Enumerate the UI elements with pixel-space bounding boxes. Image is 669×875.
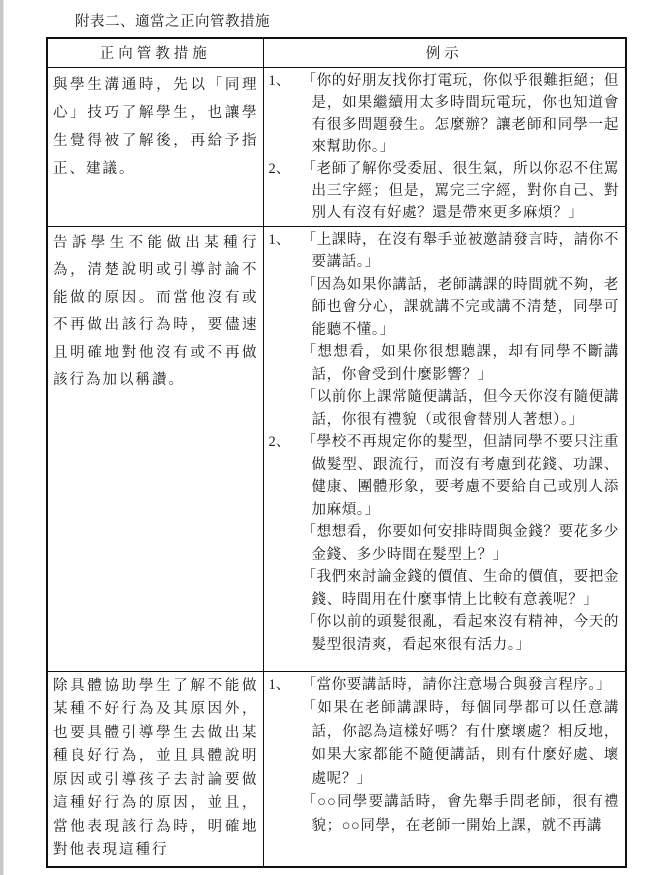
measure-text: 除具體協助學生了解不能做某種不好行為及其原因外，也要具體引導學生去做出某種良好行… (53, 675, 259, 863)
header-row: 正向管教措施 例示 (47, 38, 626, 67)
examples-cell: 1、 「你的好朋友找你打電玩，你似乎很難拒絕；但是，如果繼續用太多時間玩電玩，你… (263, 67, 626, 226)
page-title: 附表二、適當之正向管教措施 (75, 13, 270, 32)
example-quote: 「如果在老師講課時，每個同學都可以任意講話，你認為這樣好嗎？有什麼壞處？相反地，… (302, 697, 620, 791)
discipline-table: 正向管教措施 例示 與學生溝通時，先以「同理心」技巧了解學生，也讓學生覺得被了解… (46, 37, 627, 868)
example-item: 2、 「學校不再規定你的髮型，但請同學不要只注重做髮型、跟流行，而沒有考慮到花錢… (268, 431, 620, 656)
example-quote: 「當你要講話時，請你注意場合與發言程序。」 (302, 674, 620, 698)
example-number: 2、 (269, 158, 291, 180)
example-quote: 「以前你上課常隨便講話，但今天你沒有隨便講話，你很有禮貌（或很會替別人著想）。」 (302, 386, 620, 431)
table-row: 與學生溝通時，先以「同理心」技巧了解學生，也讓學生覺得被了解後，再給予指正、建議… (47, 67, 626, 226)
example-number: 1、 (269, 70, 291, 92)
example-quote: 「○○同學要講話時，會先舉手問老師，很有禮貌；○○同學，在老師一開始上課，就不再… (302, 791, 620, 838)
example-number: 1、 (269, 229, 291, 252)
examples-cell: 1、 「當你要講話時，請你注意場合與發言程序。」 「如果在老師講課時，每個同學都… (263, 671, 626, 867)
header-examples: 例示 (263, 38, 626, 67)
examples-cell: 1、 「上課時，在沒有舉手並被邀請發言時，請你不要講話。」 「因為如果你講話，老… (263, 226, 626, 671)
measure-text: 告訴學生不能做出某種行為，清楚說明或引導討論不能做的原因。而當他沒有或不再做出該… (53, 230, 259, 395)
measure-cell: 與學生溝通時，先以「同理心」技巧了解學生，也讓學生覺得被了解後，再給予指正、建議… (47, 67, 263, 226)
example-quote: 「你以前的頭髮很亂，看起來沒有精神，今天的髮型很清爽，看起來很有活力。」 (302, 611, 620, 656)
example-item: 1、 「當你要講話時，請你注意場合與發言程序。」 「如果在老師講課時，每個同學都… (268, 674, 620, 839)
table-row: 告訴學生不能做出某種行為，清楚說明或引導討論不能做的原因。而當他沒有或不再做出該… (47, 226, 626, 671)
example-quote: 「你的好朋友找你打電玩，你似乎很難拒絕；但是，如果繼續用太多時間玩電玩，你也知道… (302, 70, 620, 158)
example-number: 1、 (269, 674, 291, 698)
measure-text: 與學生溝通時，先以「同理心」技巧了解學生，也讓學生覺得被了解後，再給予指正、建議… (53, 71, 259, 183)
example-item: 2、 「老師了解你受委屈、很生氣，所以你忍不住罵出三字經；但是，罵完三字經，對你… (268, 158, 620, 224)
example-quote: 「想想看，如果你很想聽課，却有同學不斷講話，你會受到什麼影響？」 (302, 341, 620, 386)
document-page: 附表二、適當之正向管教措施 正向管教措施 例示 與學生溝通時，先以「同理心」技巧… (0, 0, 669, 875)
table-row: 除具體協助學生了解不能做某種不好行為及其原因外，也要具體引導學生去做出某種良好行… (47, 671, 626, 867)
example-quote: 「老師了解你受委屈、很生氣，所以你忍不住罵出三字經；但是，罵完三字經，對你自己、… (302, 158, 620, 224)
example-number: 2、 (269, 431, 291, 454)
measure-cell: 告訴學生不能做出某種行為，清楚說明或引導討論不能做的原因。而當他沒有或不再做出該… (47, 226, 263, 671)
example-quote: 「我們來討論金錢的價值、生命的價值，要把金錢、時間用在什麼事情上比較有意義呢？」 (302, 566, 620, 611)
example-item: 1、 「你的好朋友找你打電玩，你似乎很難拒絕；但是，如果繼續用太多時間玩電玩，你… (268, 70, 620, 158)
example-quote: 「上課時，在沒有舉手並被邀請發言時，請你不要講話。」 (302, 229, 620, 274)
measure-cell: 除具體協助學生了解不能做某種不好行為及其原因外，也要具體引導學生去做出某種良好行… (47, 671, 263, 867)
example-quote: 「因為如果你講話，老師講課的時間就不夠，老師也會分心，課就講不完或講不清楚，同學… (302, 274, 620, 342)
example-quote: 「想想看，你要如何安排時間與金錢？要花多少金錢、多少時間在髮型上？」 (302, 521, 620, 566)
header-measures: 正向管教措施 (47, 38, 263, 67)
scan-edge-shadow (0, 0, 4, 875)
example-item: 1、 「上課時，在沒有舉手並被邀請發言時，請你不要講話。」 「因為如果你講話，老… (268, 229, 620, 432)
example-quote: 「學校不再規定你的髮型，但請同學不要只注重做髮型、跟流行，而沒有考慮到花錢、功課… (302, 431, 620, 521)
